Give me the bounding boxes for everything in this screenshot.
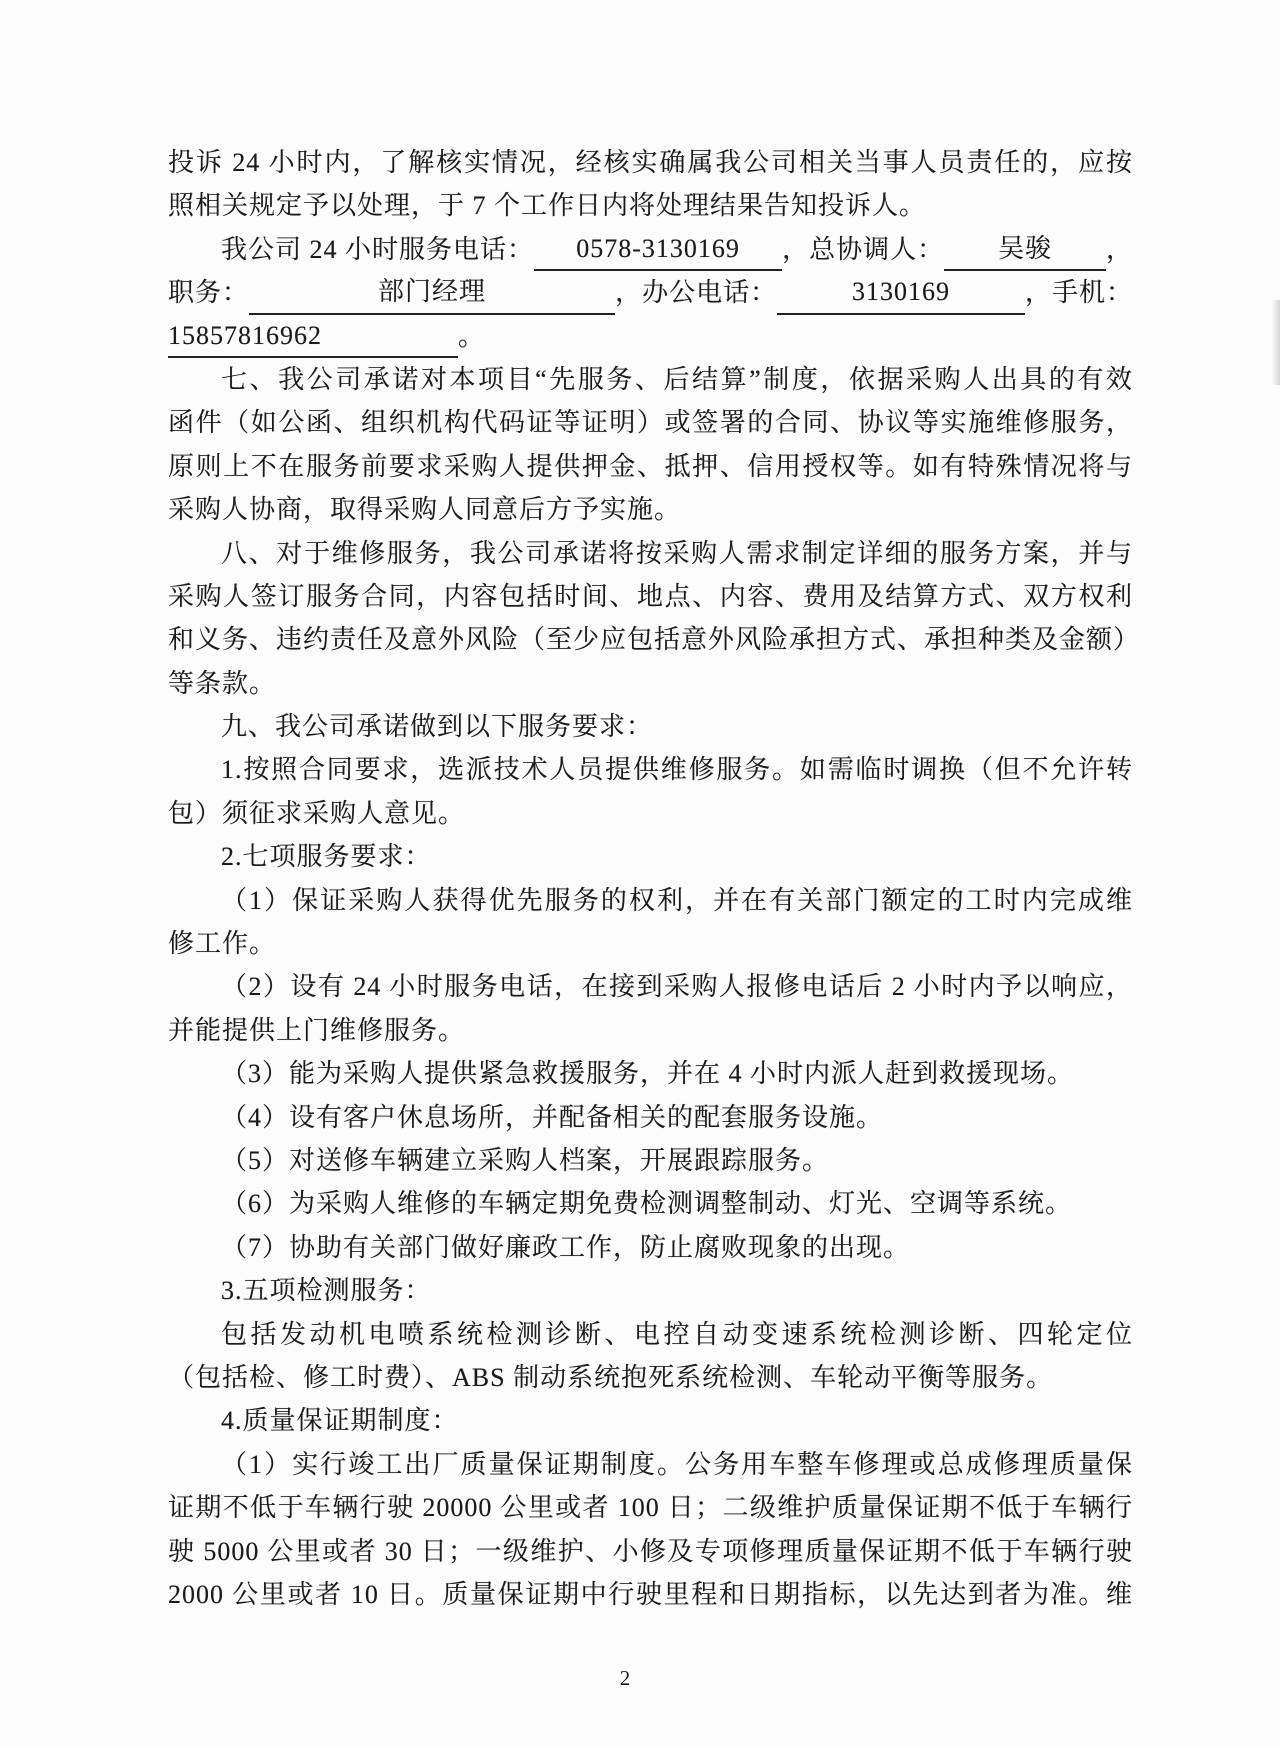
text-line: 3.五项检测服务：: [168, 1269, 1133, 1312]
text-line: （4）设有客户休息场所，并配备相关的配套服务设施。: [168, 1096, 1133, 1139]
text-line: 和义务、违约责任及意外风险（至少应包括意外风险承担方式、承担种类及金额）: [168, 618, 1133, 661]
line-text: 职务：: [168, 271, 249, 314]
text-line: 九、我公司承诺做到以下服务要求：: [168, 705, 1133, 748]
text-line: 等条款。: [168, 662, 1133, 705]
text-line: 照相关规定予以处理，于 7 个工作日内将处理结果告知投诉人。: [168, 184, 1133, 227]
text-line: 2.七项服务要求：: [168, 835, 1133, 878]
text-line: 包）须征求采购人意见。: [168, 792, 1133, 835]
text-line: 原则上不在服务前要求采购人提供押金、抵押、信用授权等。如有特殊情况将与: [168, 445, 1133, 488]
page-number: 2: [0, 1666, 1250, 1691]
scan-artifact: [1271, 300, 1280, 385]
line-text: 我公司 24 小时服务电话：: [221, 228, 534, 271]
text-line: （1）保证采购人获得优先服务的权利，并在有关部门额定的工时内完成维: [168, 879, 1133, 922]
text-line: （6）为采购人维修的车辆定期免费检测调整制动、灯光、空调等系统。: [168, 1182, 1133, 1225]
line-text: ，办公电话：: [615, 271, 777, 314]
text-line: 包括发动机电喷系统检测诊断、电控自动变速系统检测诊断、四轮定位(FMC): [168, 1313, 1133, 1356]
text-line: 函件（如公函、组织机构代码证等证明）或签署的合同、协议等实施维修服务，: [168, 401, 1133, 444]
office-phone-field: 3130169: [777, 271, 1025, 314]
mobile-phone-field: 15857816962: [168, 315, 458, 358]
text-line: 投诉 24 小时内，了解核实情况，经核实确属我公司相关当事人员责任的，应按: [168, 141, 1133, 184]
job-title-field: 部门经理: [249, 271, 615, 314]
text-line: 并能提供上门维修服务。: [168, 1009, 1133, 1052]
line-text: ，手机：: [1025, 271, 1133, 314]
text-line: 2000 公里或者 10 日。质量保证期中行驶里程和日期指标，以先达到者为准。维: [168, 1573, 1133, 1616]
line-text: 。: [458, 315, 485, 358]
text-line: 15857816962。: [168, 315, 1133, 358]
text-line: 职务：部门经理，办公电话：3130169，手机：: [168, 271, 1133, 314]
text-line: 采购人协商，取得采购人同意后方予实施。: [168, 488, 1133, 531]
service-hotline-field: 0578-3130169: [534, 228, 782, 271]
text-line: 1.按照合同要求，选派技术人员提供维修服务。如需临时调换（但不允许转: [168, 748, 1133, 791]
text-line: 七、我公司承诺对本项目“先服务、后结算”制度，依据采购人出具的有效: [168, 358, 1133, 401]
text-line: 证期不低于车辆行驶 20000 公里或者 100 日；二级维护质量保证期不低于车…: [168, 1486, 1133, 1529]
text-line: 4.质量保证期制度：: [168, 1399, 1133, 1442]
line-text: ，总协调人：: [782, 228, 944, 271]
text-line: 采购人签订服务合同，内容包括时间、地点、内容、费用及结算方式、双方权利: [168, 575, 1133, 618]
text-line: （2）设有 24 小时服务电话，在接到采购人报修电话后 2 小时内予以响应，: [168, 965, 1133, 1008]
document-body: 投诉 24 小时内，了解核实情况，经核实确属我公司相关当事人员责任的，应按照相关…: [168, 141, 1133, 1616]
text-line: 我公司 24 小时服务电话：0578-3130169，总协调人：吴骏，: [168, 228, 1133, 271]
text-line: （1）实行竣工出厂质量保证期制度。公务用车整车修理或总成修理质量保: [168, 1443, 1133, 1486]
text-line: 驶 5000 公里或者 30 日；一级维护、小修及专项修理质量保证期不低于车辆行…: [168, 1530, 1133, 1573]
text-line: （3）能为采购人提供紧急救援服务，并在 4 小时内派人赶到救援现场。: [168, 1052, 1133, 1095]
text-line: 修工作。: [168, 922, 1133, 965]
text-line: （包括检、修工时费）、ABS 制动系统抱死系统检测、车轮动平衡等服务。: [168, 1356, 1133, 1399]
line-text: ，: [1106, 228, 1133, 271]
text-line: （5）对送修车辆建立采购人档案，开展跟踪服务。: [168, 1139, 1133, 1182]
coordinator-field: 吴骏: [944, 228, 1106, 271]
text-line: （7）协助有关部门做好廉政工作，防止腐败现象的出现。: [168, 1226, 1133, 1269]
text-line: 八、对于维修服务，我公司承诺将按采购人需求制定详细的服务方案，并与: [168, 532, 1133, 575]
document-page: 投诉 24 小时内，了解核实情况，经核实确属我公司相关当事人员责任的，应按照相关…: [0, 0, 1280, 1746]
